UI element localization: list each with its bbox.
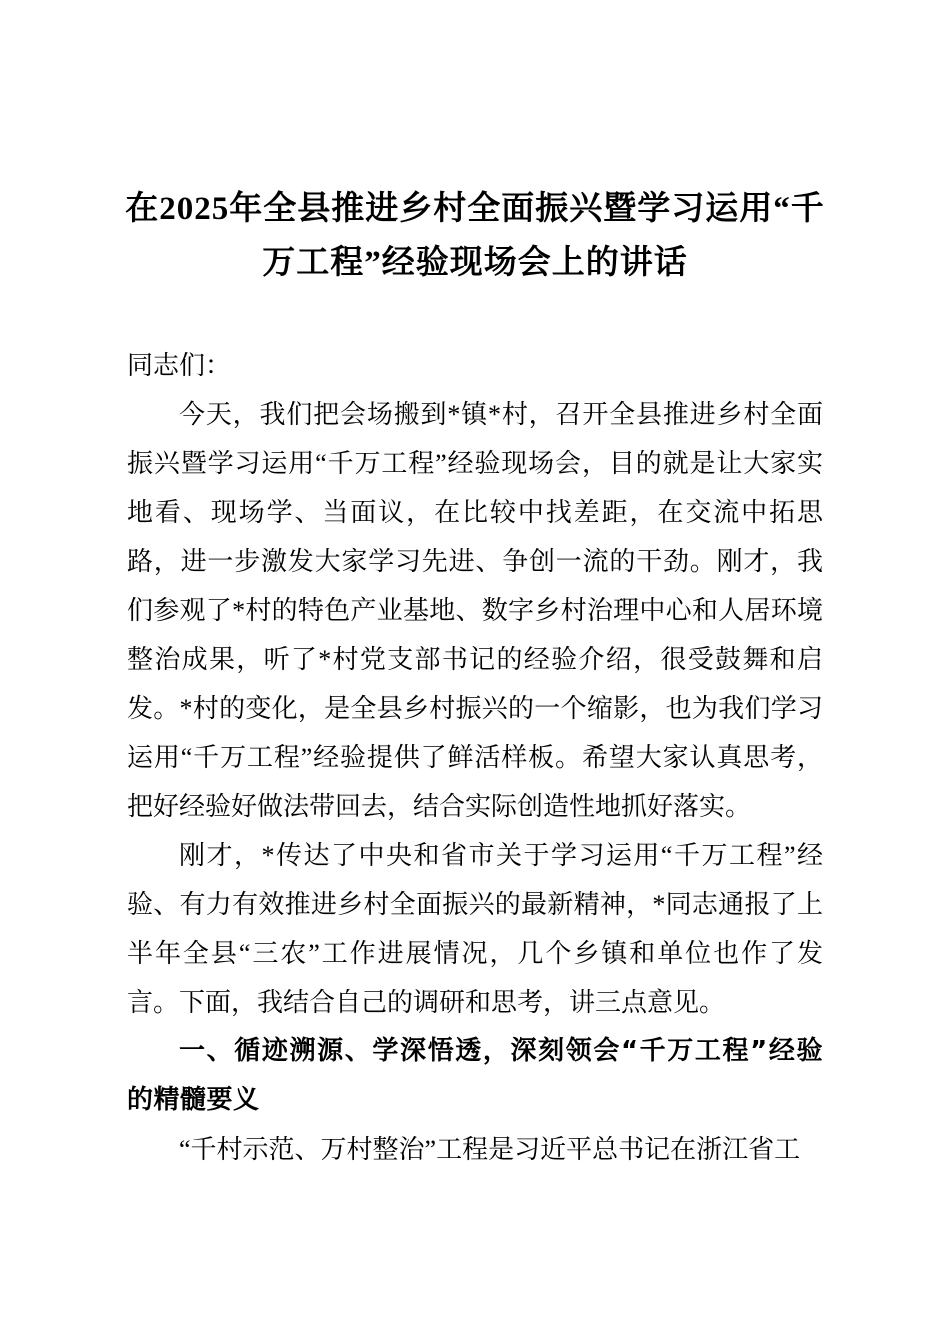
paragraph-section-1-body: “千村示范、万村整治”工程是习近平总书记在浙江省工 bbox=[127, 1125, 823, 1174]
document-title: 在2025年全县推进乡村全面振兴暨学习运用“千万工程”经验现场会上的讲话 bbox=[120, 182, 830, 290]
document-page: 在2025年全县推进乡村全面振兴暨学习运用“千万工程”经验现场会上的讲话 同志们… bbox=[0, 0, 950, 1344]
paragraph-meeting-context: 刚才，*传达了中央和省市关于学习运用“千万工程”经验、有力有效推进乡村全面振兴的… bbox=[127, 831, 823, 1027]
section-heading-1: 一、循迹溯源、学深悟透，深刻领会“千万工程”经验的精髓要义 bbox=[127, 1027, 823, 1125]
document-body: 同志们： 今天，我们把会场搬到*镇*村，召开全县推进乡村全面振兴暨学习运用“千万… bbox=[127, 341, 823, 1174]
salutation: 同志们： bbox=[127, 341, 823, 390]
paragraph-opening: 今天，我们把会场搬到*镇*村，召开全县推进乡村全面振兴暨学习运用“千万工程”经验… bbox=[127, 390, 823, 831]
